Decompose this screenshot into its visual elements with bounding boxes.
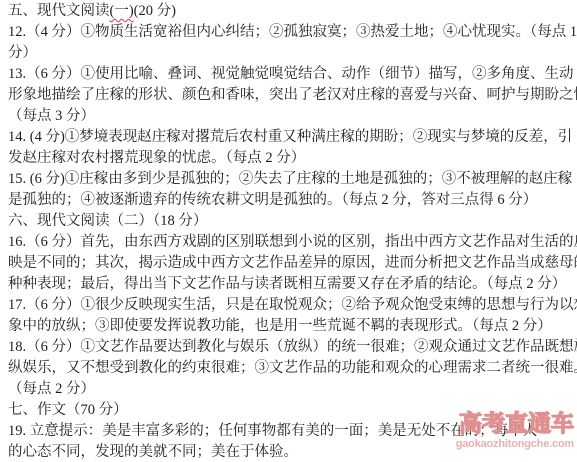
answer-18-line-3: （每点 2 分） xyxy=(8,379,574,400)
answer-16-line-3: 种种表现；最后，得出当下文艺作品与读者既相互需要又存在矛盾的结论。（每点 2 分… xyxy=(8,274,574,295)
answer-13-line-3: （每点 3 分） xyxy=(8,106,574,127)
answer-16-line-1: 16.（6 分）首先，由东西方戏剧的区别联想到小说的区别，指出中西方文艺作品对生… xyxy=(8,232,574,253)
answer-17-line-2: 象中的放纵；③即使要发挥说教功能，也是用一些荒诞不羁的表现形式。（每点 2 分） xyxy=(8,316,574,337)
answer-12-line-1: 12.（4 分）①物质生活宽裕但内心纠结；②孤独寂寞；③热爱土地；④心忧现实。（… xyxy=(8,22,574,43)
answer-19-obscured-text: 的；每个人 xyxy=(465,423,538,439)
answer-14-line-2: 发赵庄稼对农村撂荒现象的忧虑。（每点 2 分） xyxy=(8,148,574,169)
answer-15-line-2: 是孤独的；④被逐渐遗弃的传统农耕文明是孤独的。（每点 2 分，答对三点得 6 分… xyxy=(8,190,574,211)
answer-19-line-1: 19. 立意提示：美是丰富多彩的；任何事物都有美的一面；美是无处不在的；每个人 xyxy=(8,421,574,442)
answer-17-line-1: 17.（6 分）①很少反映现实生活，只是在取悦观众；②给予观众饱受束缚的思想与行… xyxy=(8,295,574,316)
spellcheck-underline: (一) xyxy=(110,3,134,19)
section-5-prefix: 五、现代文阅读 xyxy=(8,3,110,19)
answer-document: 五、现代文阅读(一)(20 分) 12.（4 分）①物质生活宽裕但内心纠结；②孤… xyxy=(8,1,574,462)
section-7-heading: 七、作文（70 分） xyxy=(8,400,574,421)
answer-18-line-1: 18.（6 分）①文艺作品要达到教化与娱乐（放纵）的统一很难；②观众通过文艺作品… xyxy=(8,337,574,358)
answer-19-visible-text: 19. 立意提示：美是丰富多彩的；任何事物都有美的一面；美是无处不在 xyxy=(8,423,465,439)
section-5-suffix: (20 分) xyxy=(134,3,176,19)
answer-14-line-1: 14. (4 分)①梦境表现赵庄稼对撂荒后农村重又种满庄稼的期盼；②现实与梦境的… xyxy=(8,127,574,148)
answer-19-line-2: 的心态不同，发现的美就不同；美在于体验。 xyxy=(8,442,574,462)
section-5-heading: 五、现代文阅读(一)(20 分) xyxy=(8,1,574,22)
answer-13-line-1: 13.（6 分）①使用比喻、叠词、视觉触觉嗅觉结合、动作（细节）描写，②多角度、… xyxy=(8,64,574,85)
section-6-heading: 六、现代文阅读（二）（18 分） xyxy=(8,211,574,232)
answer-12-line-2: 分） xyxy=(8,43,574,64)
answer-18-line-2: 纵娱乐，又不想受到教化的约束很难；③文艺作品的功能和观众的心理需求二者统一很难。 xyxy=(8,358,574,379)
answer-13-line-2: 形象地描绘了庄稼的形状、颜色和香味，突出了老汉对庄稼的喜爱与兴奋、呵护与期盼之情… xyxy=(8,85,574,106)
answer-15-line-1: 15. (6 分)①庄稼由多到少是孤独的；②失去了庄稼的土地是孤独的；③不被理解… xyxy=(8,169,574,190)
answer-16-line-2: 映是不同的；其次，揭示造成中西方文艺作品差异的原因，进而分析把文艺作品当成慈母的 xyxy=(8,253,574,274)
